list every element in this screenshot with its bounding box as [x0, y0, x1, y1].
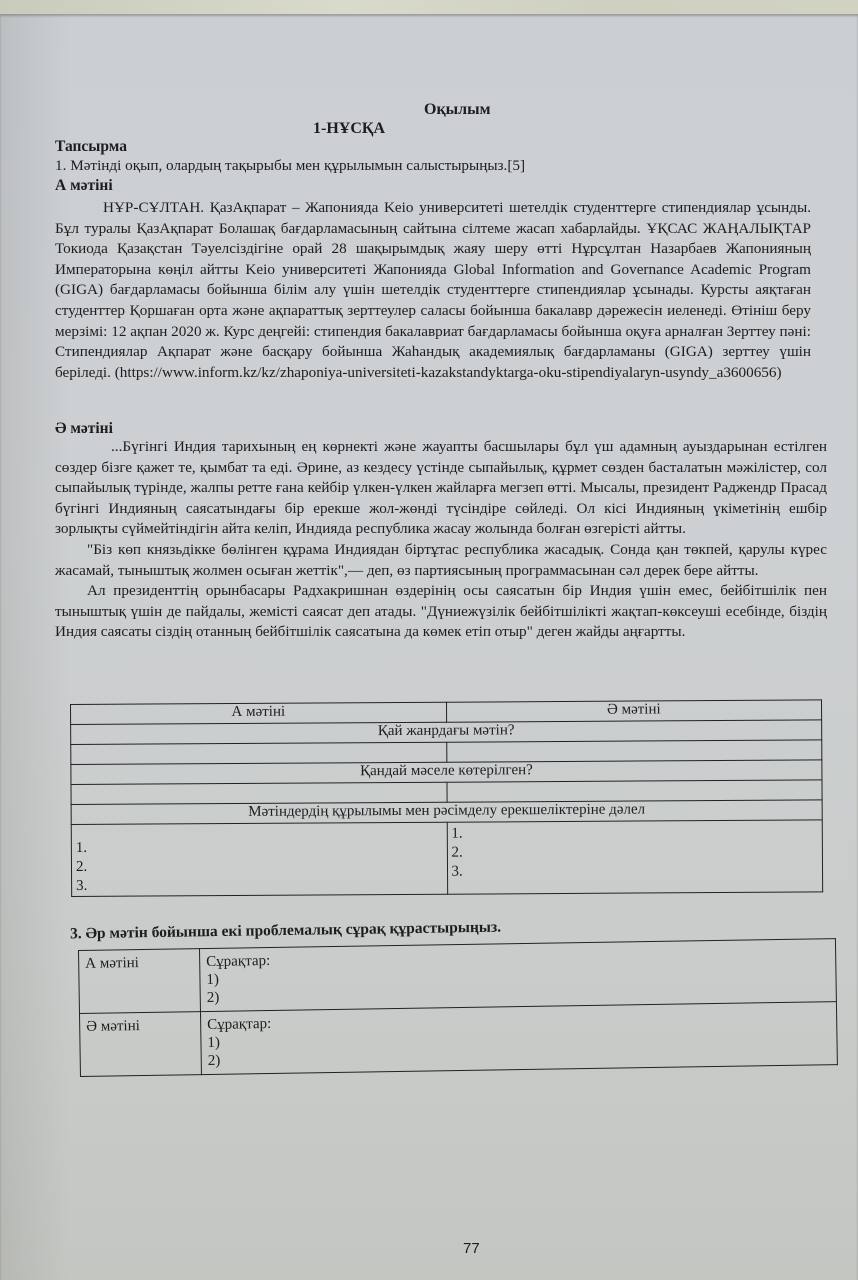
section-title: Оқылым — [424, 101, 491, 119]
col-b-header: Ә мәтіні — [446, 700, 822, 722]
questions-table: А мәтіні Сұрақтар: 1) 2) Ә мәтіні Сұрақт… — [78, 938, 838, 1077]
structure-answer-a[interactable]: 1. 2. 3. — [71, 822, 447, 896]
list-item: 1. — [76, 837, 443, 858]
variant-title: 1-НҰСҚА — [313, 120, 385, 138]
text-b-paragraph: Ал президенттің орынбасары Радхакришнан … — [55, 581, 827, 643]
issue-answer-b[interactable] — [446, 780, 822, 802]
table-row: Ә мәтіні Сұрақтар: 1) 2) — [79, 1002, 837, 1077]
list-item: 2. — [451, 841, 818, 862]
task-heading: Тапсырма — [55, 138, 127, 156]
structure-answer-b[interactable]: 1. 2. 3. — [447, 820, 823, 894]
comparison-table: А мәтіні Ә мәтіні Қай жанрдағы мәтін? Қа… — [70, 699, 823, 897]
genre-answer-a[interactable] — [71, 742, 447, 764]
text-b-body: ...Бүгінгі Индия тарихының ең көрнекті ж… — [55, 437, 827, 643]
text-a-body: НҰР-СҰЛТАН. ҚазАқпарат – Жапонияда Keio … — [55, 198, 811, 383]
page-number: 77 — [463, 1240, 480, 1257]
text-b-paragraph: "Біз көп князьдікке бөлінген құрама Инди… — [55, 540, 827, 581]
text-a-heading: А мәтіні — [55, 177, 113, 195]
table-row: А мәтіні Сұрақтар: 1) 2) — [79, 939, 837, 1014]
row-label: Ә мәтіні — [79, 1012, 201, 1077]
row-label: А мәтіні — [79, 949, 201, 1014]
questions-cell[interactable]: Сұрақтар: 1) 2) — [199, 939, 836, 1012]
col-a-header: А мәтіні — [71, 702, 447, 724]
list-item: 1. — [451, 822, 818, 843]
list-item: 3. — [76, 875, 443, 896]
text-b-heading: Ә мәтіні — [55, 420, 113, 438]
text-b-paragraph: ...Бүгінгі Индия тарихының ең көрнекті ж… — [55, 437, 827, 540]
questions-cell[interactable]: Сұрақтар: 1) 2) — [200, 1002, 837, 1075]
genre-answer-b[interactable] — [446, 740, 822, 762]
issue-answer-a[interactable] — [71, 782, 447, 804]
list-item: 3. — [451, 860, 818, 881]
list-item: 2. — [76, 856, 443, 877]
task-instruction: 1. Мәтінді оқып, олардың тақырыбы мен құ… — [55, 157, 525, 175]
table-row: 1. 2. 3. 1. 2. 3. — [71, 820, 822, 897]
